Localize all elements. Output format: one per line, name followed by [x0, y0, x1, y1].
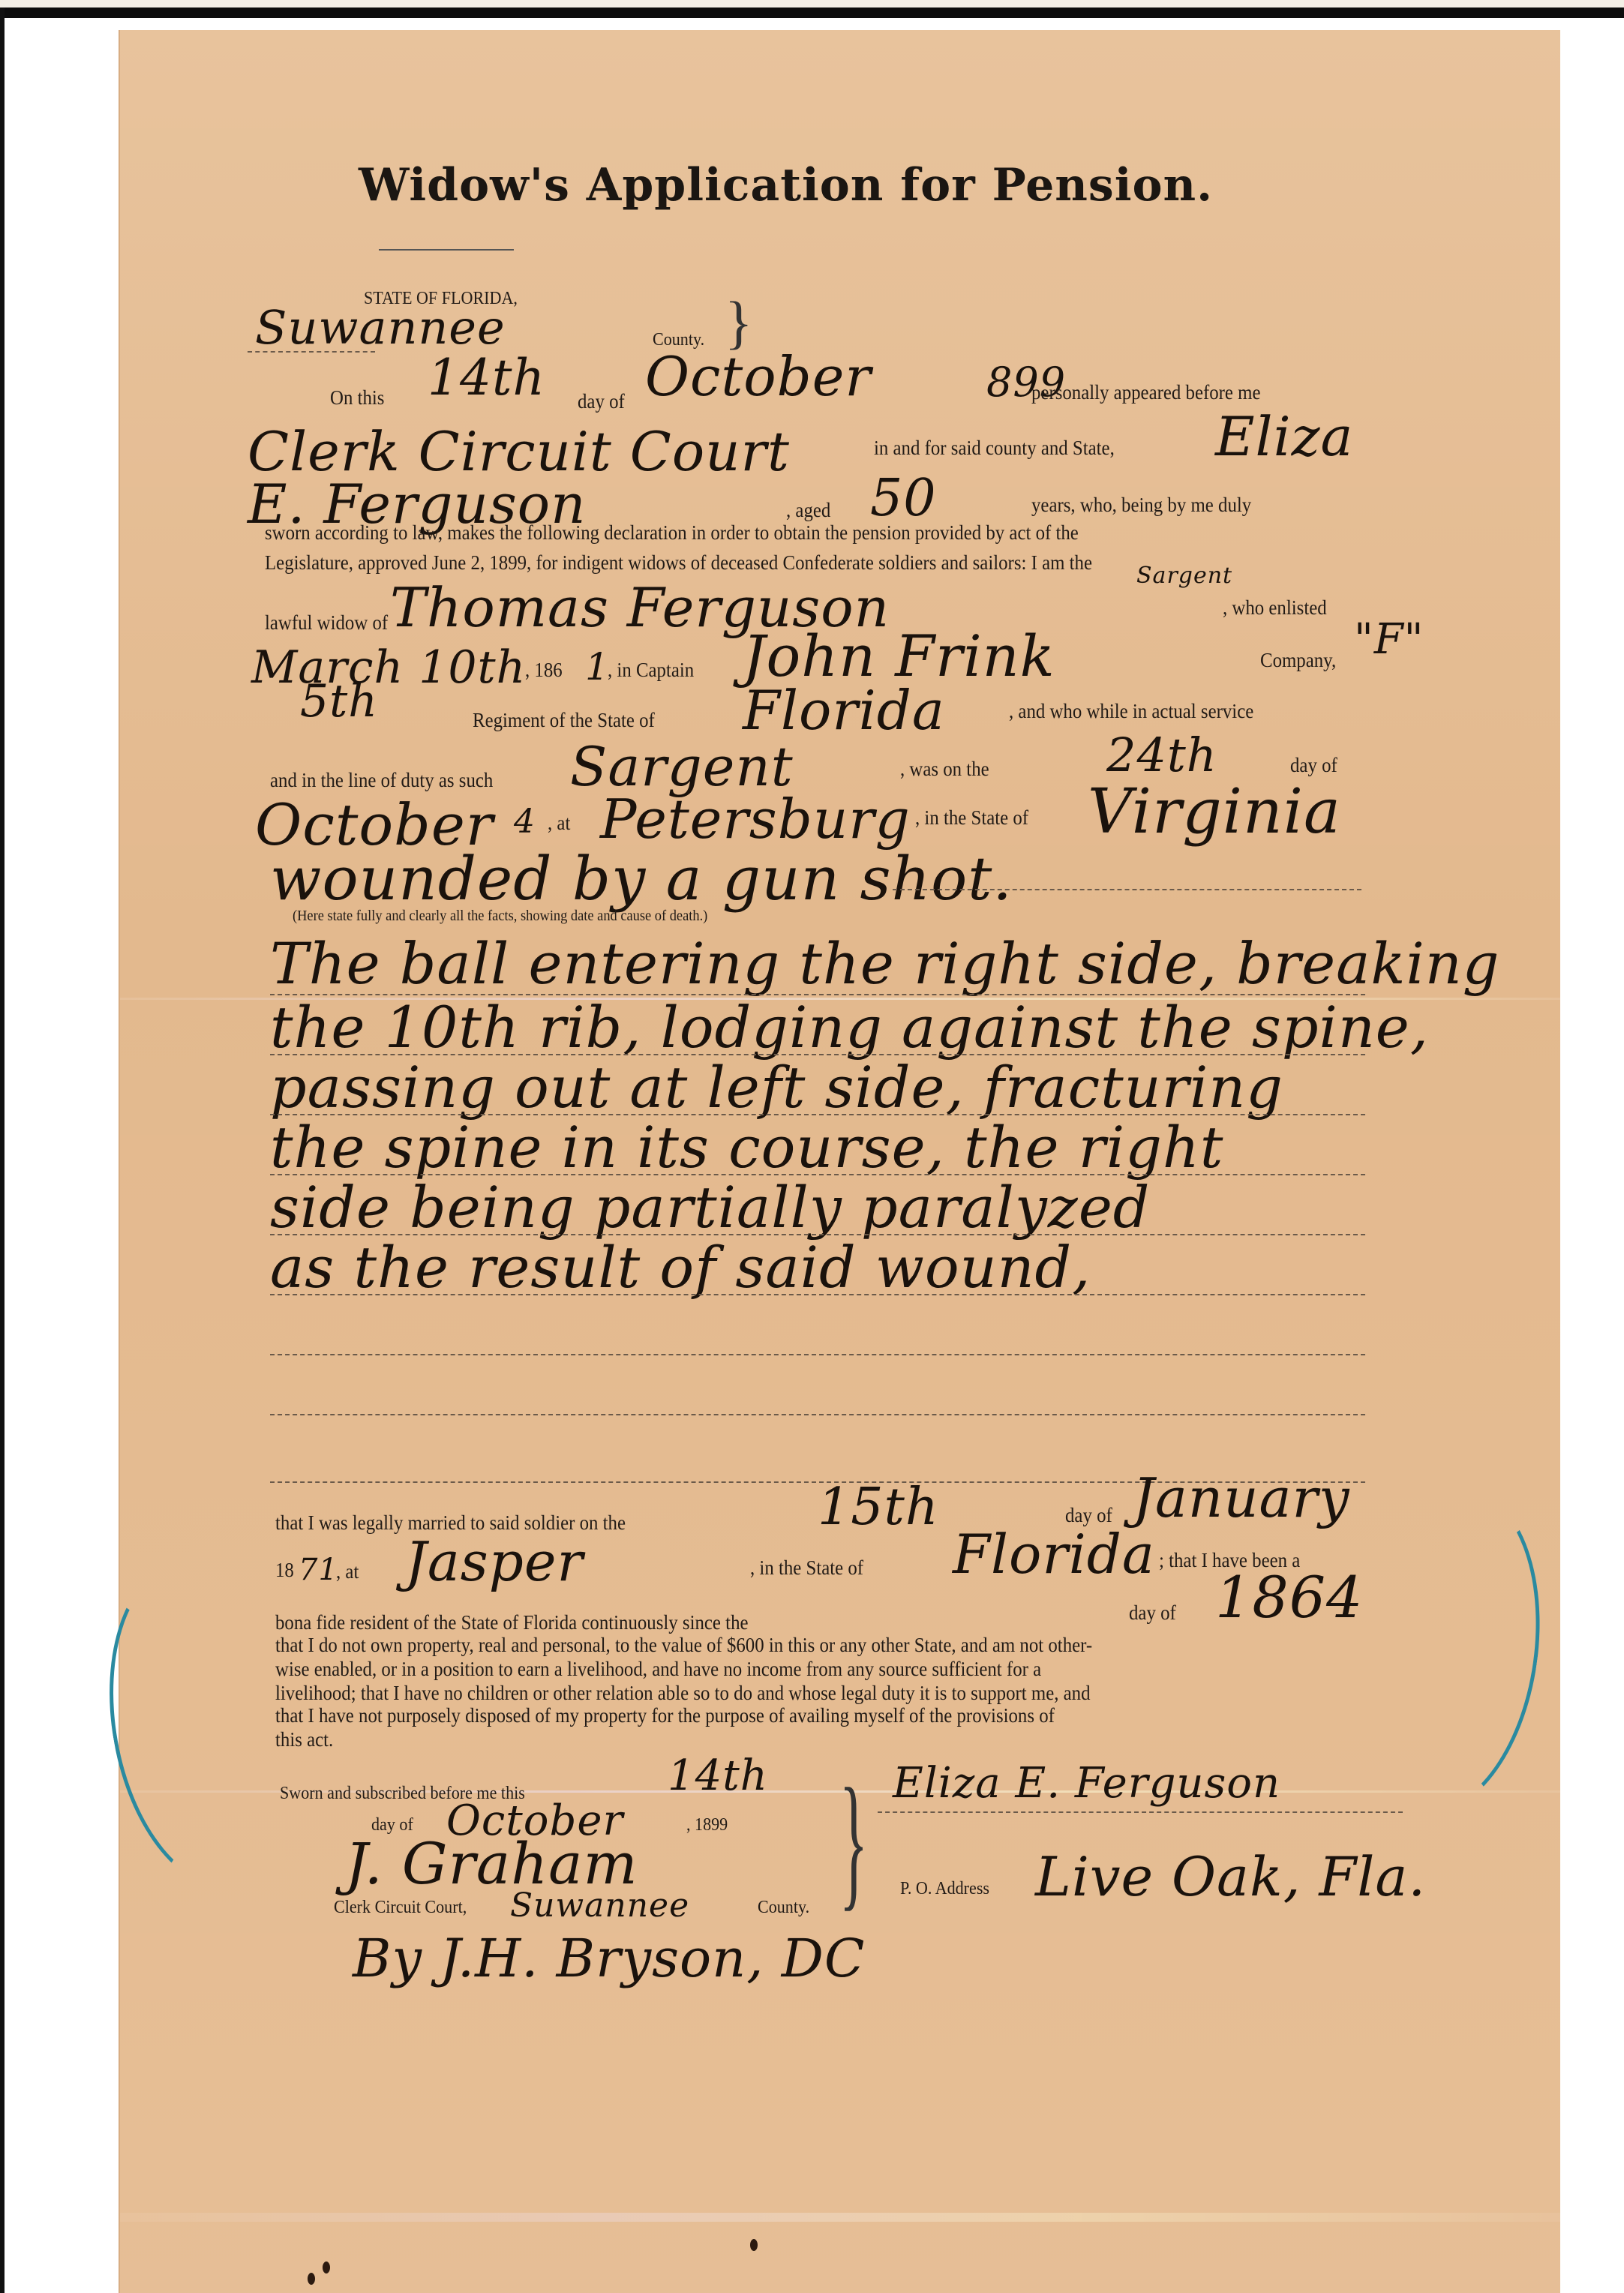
- jurat-day: 14th: [668, 1751, 768, 1800]
- regiment-label: Regiment of the State of: [473, 709, 655, 732]
- ink-spot: [308, 2273, 315, 2285]
- deputy-signature: By J.H. Bryson, DC: [353, 1928, 865, 1989]
- on-this-label: On this: [330, 386, 384, 410]
- facts-line-4: the spine in its course, the right: [270, 1114, 1223, 1181]
- marriage-year-prefix: 18: [275, 1559, 294, 1582]
- enlist-date: March 10th: [251, 641, 526, 694]
- po-address-label: P. O. Address: [900, 1879, 989, 1899]
- in-and-for-text: in and for said county and State,: [874, 437, 1115, 460]
- scan-left-border: [0, 8, 5, 2293]
- facts-rule: [270, 994, 1365, 995]
- day-value: 14th: [428, 349, 545, 407]
- captain-label: , in Captain: [608, 659, 694, 682]
- applicant-first-name: Eliza: [1215, 405, 1353, 468]
- in-state-of-text: , in the State of: [915, 806, 1028, 830]
- blue-pencil-bracket-right: [1328, 1474, 1560, 1827]
- appeared-text: personally appeared before me: [1031, 381, 1261, 404]
- jurat-year: , 1899: [686, 1815, 728, 1835]
- marriage-year: 71: [299, 1553, 338, 1587]
- title-divider: [379, 249, 514, 251]
- resident-text: bona fide resident of the State of Flori…: [275, 1611, 749, 1634]
- declaration-line: livelihood; that I have no children or o…: [275, 1682, 1091, 1705]
- month-value: October: [645, 345, 872, 408]
- applicant-signature: Eliza E. Ferguson: [893, 1759, 1280, 1808]
- facts-line-2: the 10th rib, lodging against the spine,: [270, 994, 1429, 1061]
- marriage-at-label: , at: [336, 1560, 359, 1583]
- declaration-line: this act.: [275, 1728, 333, 1751]
- form-title: Widow's Application for Pension.: [359, 159, 1213, 212]
- enlist-year-value: 1: [585, 645, 610, 689]
- was-on-the-text: , was on the: [900, 758, 989, 781]
- jurat-bracket: }: [839, 1755, 868, 1927]
- age-value: 50: [870, 469, 937, 528]
- who-enlisted-text: , who enlisted: [1223, 596, 1327, 620]
- years-text: years, who, being by me duly: [1031, 494, 1251, 517]
- county-value: Suwannee: [255, 300, 506, 355]
- marriage-place: Jasper: [405, 1530, 584, 1593]
- declaration-line: wise enabled, or in a position to earn a…: [275, 1658, 1041, 1681]
- facts-line-0: wounded by a gun shot.: [270, 844, 1013, 914]
- aged-label: , aged: [786, 499, 830, 522]
- jurat-county-label: County.: [758, 1898, 809, 1918]
- facts-blank: [893, 889, 1361, 890]
- facts-line-3: passing out at left side, fracturing: [270, 1054, 1283, 1121]
- facts-rule: [270, 1234, 1365, 1235]
- company-label: Company,: [1260, 649, 1336, 672]
- scan-top-margin: [0, 0, 1624, 8]
- at-label: , at: [548, 812, 570, 835]
- rank-annotation: Sargent: [1136, 563, 1232, 589]
- lawful-widow-label: lawful widow of: [265, 611, 388, 635]
- enlist-year-prefix: , 186: [525, 659, 563, 682]
- legislature-text: Legislature, approved June 2, 1899, for …: [265, 551, 1092, 575]
- marriage-state: Florida: [953, 1523, 1155, 1586]
- resident-day-of: day of: [1129, 1601, 1176, 1625]
- facts-line-5: side being partially paralyzed: [270, 1174, 1150, 1241]
- scan-border: [0, 8, 1624, 18]
- facts-line-1: The ball entering the right side, breaki…: [270, 930, 1499, 997]
- facts-rule: [270, 1114, 1365, 1115]
- marriage-state-label: , in the State of: [750, 1556, 863, 1580]
- facts-rule: [270, 1414, 1365, 1415]
- clerk-label: Clerk Circuit Court,: [334, 1898, 467, 1918]
- wound-day-of: day of: [1290, 754, 1337, 777]
- county-blank: [248, 351, 375, 353]
- facts-rule: [270, 1054, 1365, 1055]
- facts-instruction: (Here state fully and clearly all the fa…: [293, 908, 707, 925]
- resident-year: 1864: [1215, 1564, 1363, 1631]
- facts-line-6: as the result of said wound,: [270, 1234, 1091, 1301]
- ink-spot: [323, 2261, 330, 2273]
- declaration-line: that I do not own property, real and per…: [275, 1634, 1092, 1657]
- jurat-county: Suwannee: [510, 1886, 689, 1925]
- wound-state: Virginia: [1088, 776, 1341, 848]
- facts-rule: [270, 1354, 1365, 1355]
- marriage-day: 15th: [818, 1478, 939, 1537]
- facts-rule: [270, 1294, 1365, 1295]
- company-value: "F": [1354, 615, 1424, 664]
- wound-year: 4: [514, 803, 536, 841]
- declaration-line: that I have not purposely disposed of my…: [275, 1704, 1055, 1727]
- facts-rule: [270, 1174, 1365, 1175]
- actual-service-text: , and who while in actual service: [1009, 700, 1253, 723]
- line-of-duty-text: and in the line of duty as such: [270, 769, 493, 792]
- marriage-month: January: [1133, 1466, 1350, 1529]
- wound-day: 24th: [1106, 728, 1217, 782]
- regiment-state: Florida: [743, 679, 945, 742]
- ink-spot: [750, 2239, 758, 2251]
- day-of-label: day of: [578, 390, 625, 413]
- sworn-text: sworn according to law, makes the follow…: [265, 521, 1079, 545]
- regiment-value: 5th: [300, 675, 378, 728]
- wound-place: Petersburg: [600, 788, 911, 851]
- po-address-value: Live Oak, Fla.: [1035, 1845, 1426, 1908]
- paper-glare: [120, 2213, 1560, 2222]
- signature-line: [878, 1811, 1403, 1813]
